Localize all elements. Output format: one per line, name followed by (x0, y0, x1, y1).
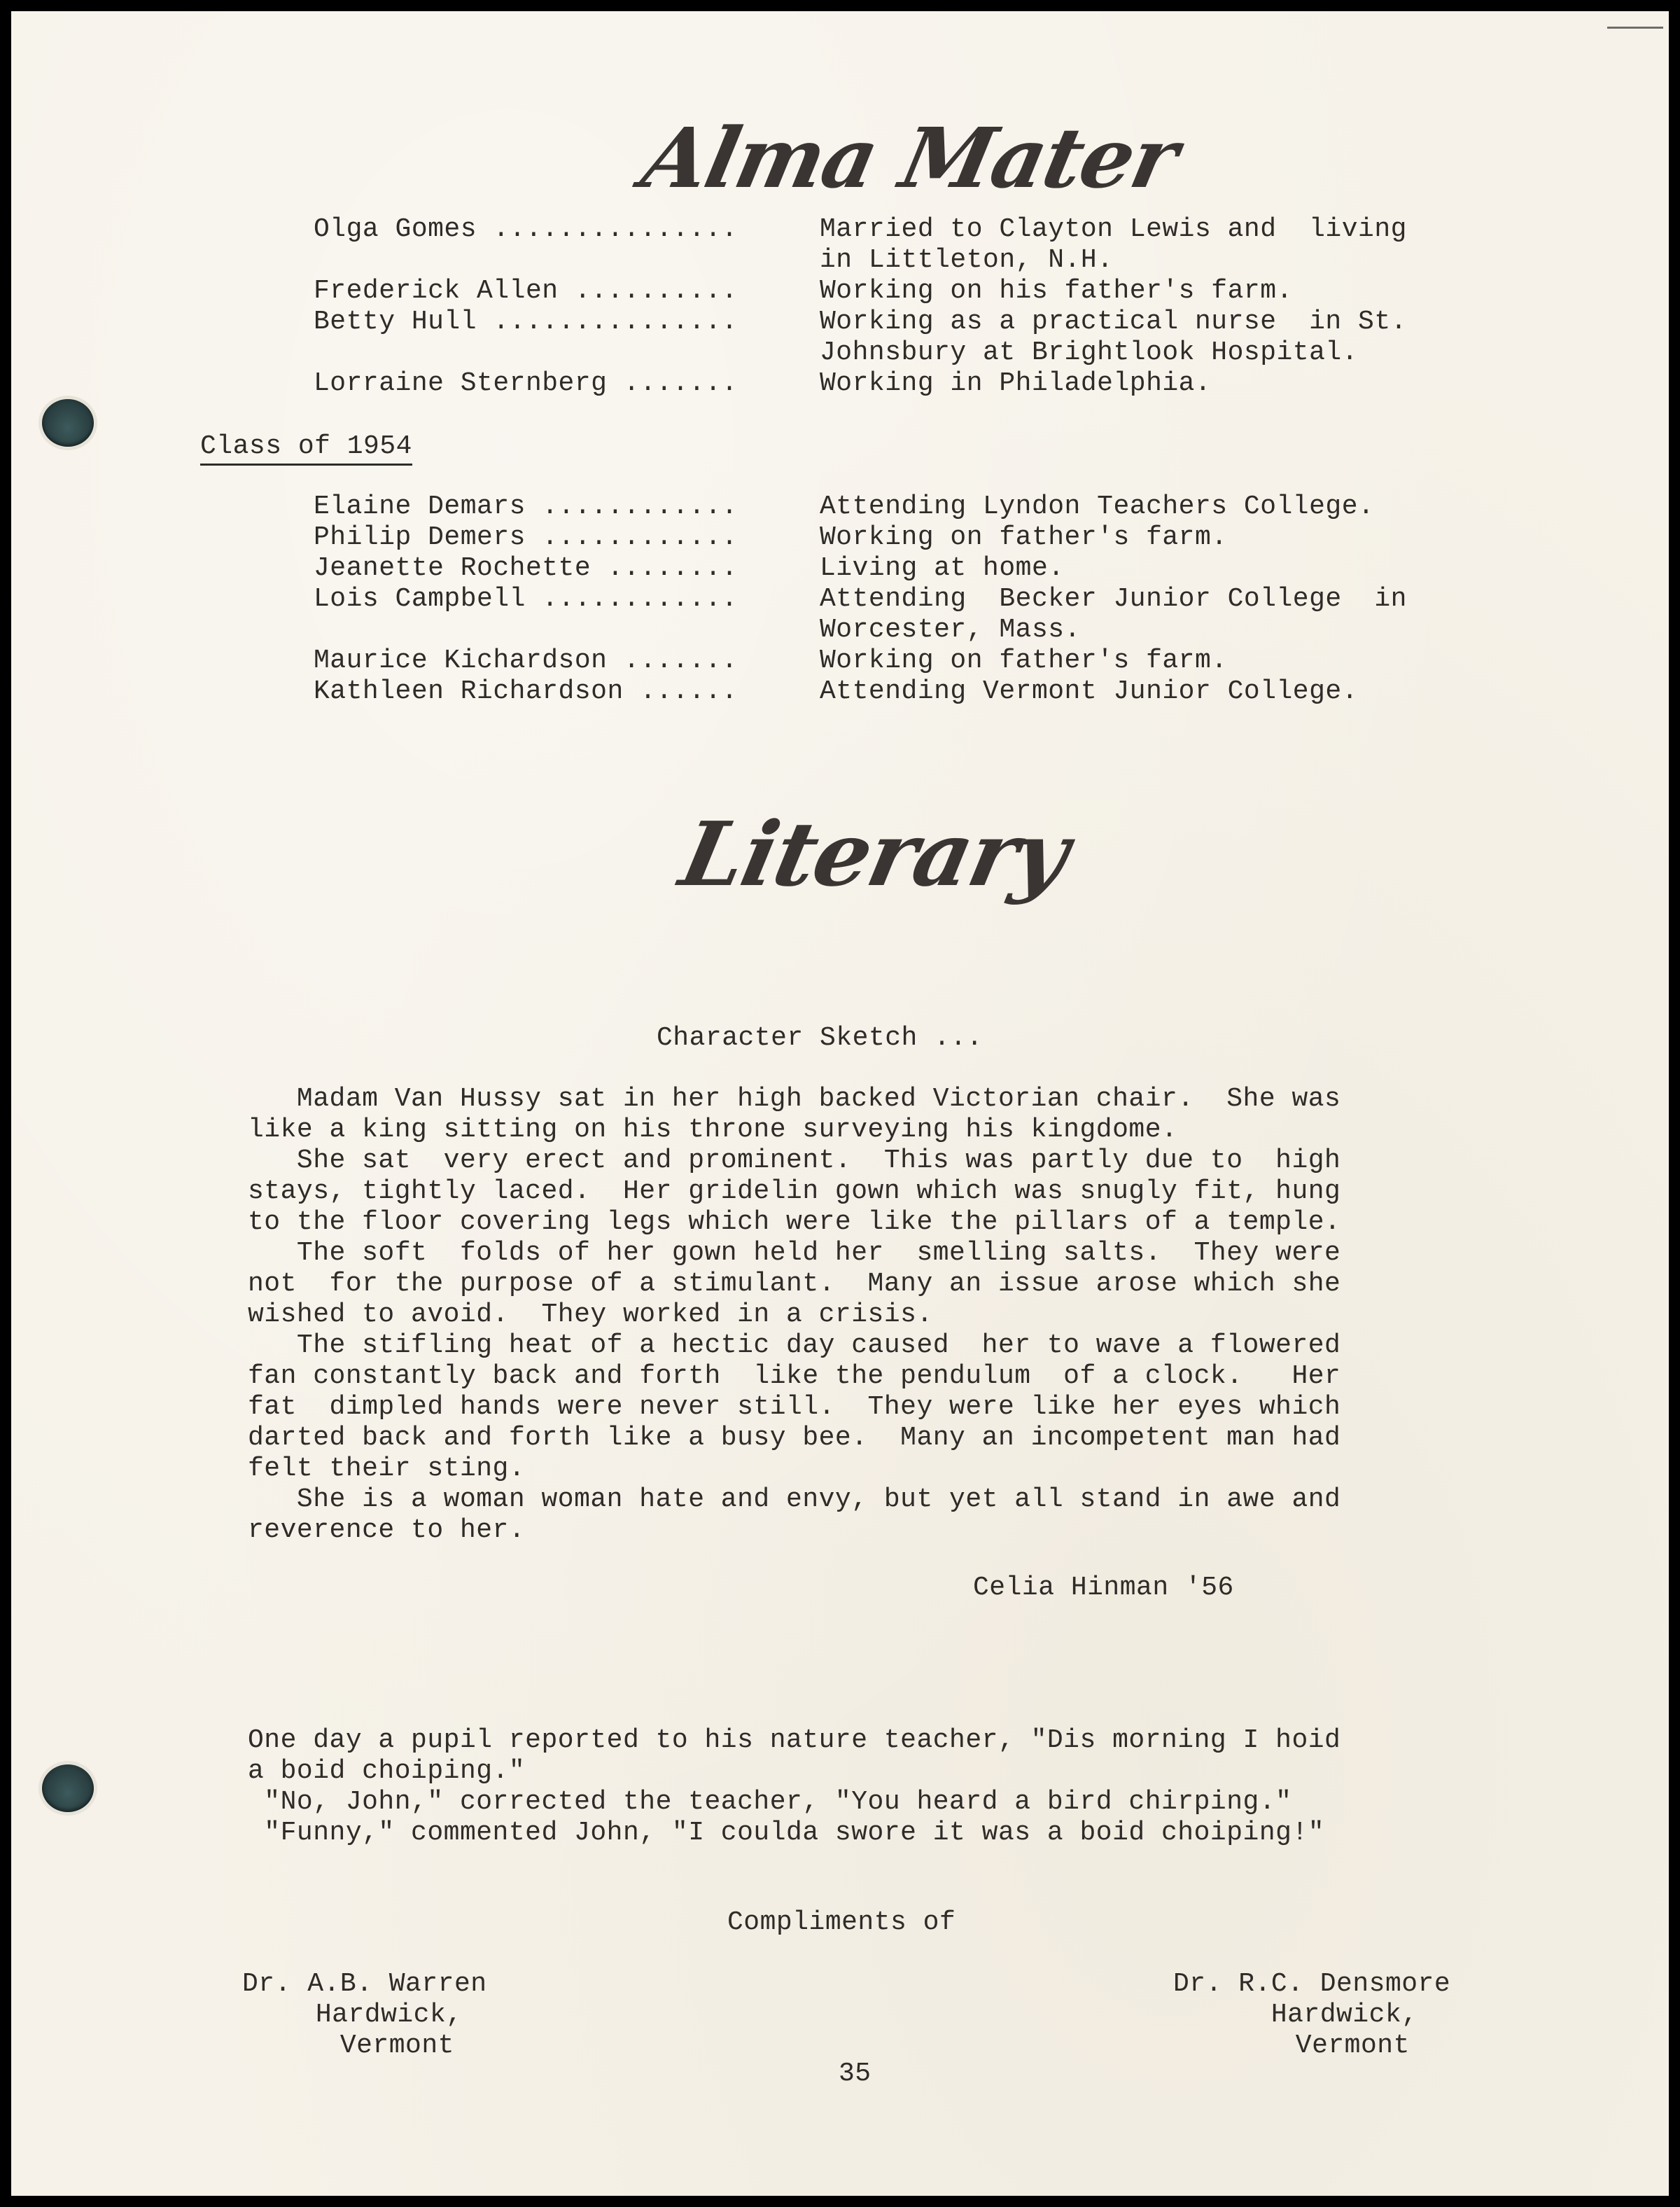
class-1954-heading: Class of 1954 (200, 431, 412, 466)
compliments-right: Dr. R.C. Densmore Hardwick, Vermont (1173, 1969, 1450, 2061)
binder-hole-bottom (42, 1764, 94, 1812)
entry-name: Lorraine Sternberg ....... (314, 368, 738, 399)
entry-description: Living at home. (820, 553, 1065, 584)
entry-name: Elaine Demars ............ (314, 492, 738, 522)
entry-description: Attending Vermont Junior College. (820, 676, 1358, 707)
entry-description: Working on father's farm. (820, 646, 1228, 676)
entry-name: Frederick Allen .......... (314, 276, 738, 307)
sketch-title: Character Sketch ... (657, 1023, 983, 1054)
entry-description: Working as a practical nurse in St. John… (820, 307, 1407, 368)
corner-mark (1607, 27, 1663, 29)
entry-description: Attending Lyndon Teachers College. (820, 492, 1374, 522)
literary-heading: Literary (672, 802, 1077, 906)
entry-name: Philip Demers ............ (314, 522, 738, 553)
sketch-author: Celia Hinman '56 (973, 1573, 1234, 1603)
compliments-label: Compliments of (727, 1907, 955, 1938)
entry-description: Working in Philadelphia. (820, 368, 1211, 399)
entry-name: Betty Hull ............... (314, 307, 738, 337)
entry-description: Married to Clayton Lewis and living in L… (820, 214, 1407, 276)
alma-mater-heading: Alma Mater (634, 109, 1185, 207)
entry-name: Jeanette Rochette ........ (314, 553, 738, 584)
entry-description: Working on father's farm. (820, 522, 1228, 553)
page-number: 35 (839, 2059, 871, 2089)
entry-name: Lois Campbell ............ (314, 584, 738, 615)
entry-description: Working on his father's farm. (820, 276, 1293, 307)
binder-hole-top (42, 399, 94, 447)
entry-name: Maurice Kichardson ....... (314, 646, 738, 676)
entry-name: Kathleen Richardson ...... (314, 676, 738, 707)
joke-text: One day a pupil reported to his nature t… (248, 1725, 1340, 1849)
sketch-body: Madam Van Hussy sat in her high backed V… (248, 1084, 1340, 1546)
entry-name: Olga Gomes ............... (314, 214, 738, 245)
document-page: Alma Mater Olga Gomes ...............Mar… (11, 11, 1669, 2196)
entry-description: Attending Becker Junior College in Worce… (820, 584, 1407, 646)
compliments-left: Dr. A.B. Warren Hardwick, Vermont (242, 1969, 487, 2061)
